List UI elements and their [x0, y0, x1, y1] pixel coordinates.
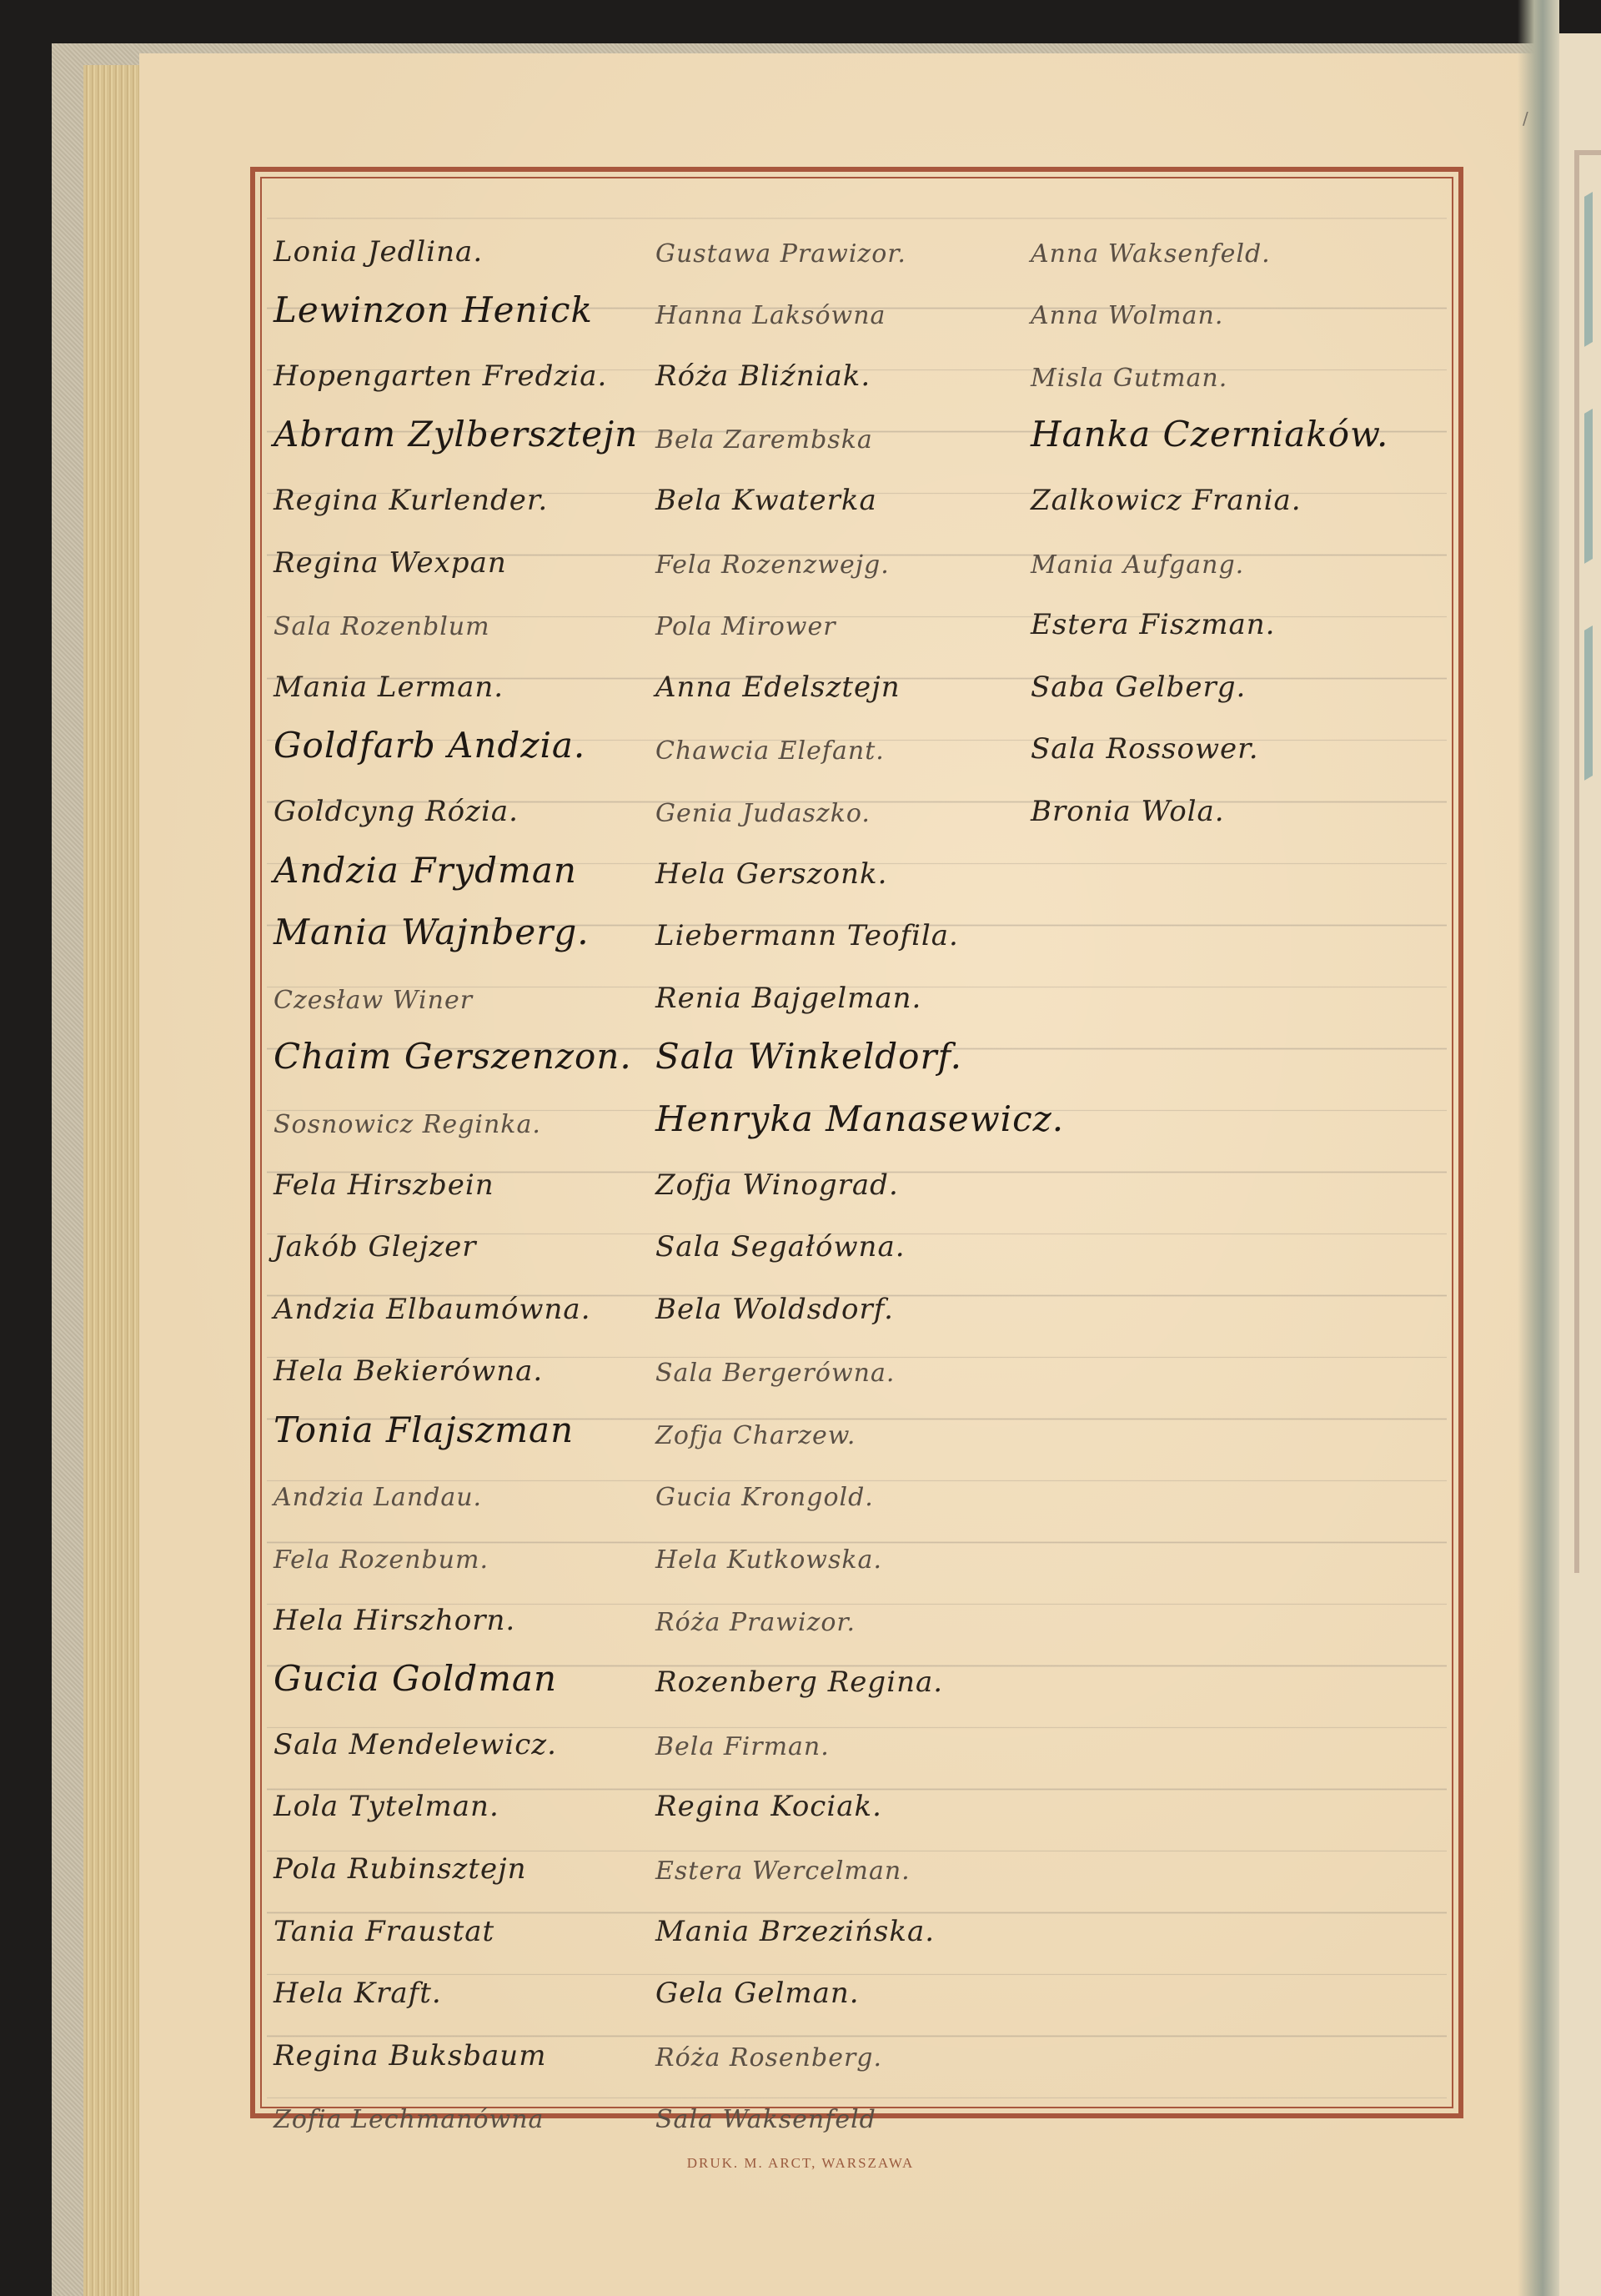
signature-entry: Hela Kraft.	[274, 1952, 657, 2014]
signature-entry: Jakób Glejzer	[274, 1205, 657, 1268]
signature-frame: Lonia Jedlina. Lewinzon Henick Hopengart…	[250, 167, 1463, 2118]
signature-entry: Bela Woldsdorf.	[655, 1267, 1047, 1329]
signature-entry: Renia Bajgelman.	[655, 956, 1047, 1018]
signature-entry: Zofja Winograd.	[655, 1143, 1047, 1205]
signature-entry: Fela Rozenbum.	[274, 1515, 657, 1578]
signature-entry: Róża Rosenberg.	[655, 2013, 1047, 2076]
signature-entry: Czesław Winer	[274, 956, 657, 1018]
signature-entry: Mania Lerman.	[274, 645, 657, 707]
signature-entry: Gustawa Prawizor.	[655, 209, 1047, 272]
signature-entry: Henryka Manasewicz.	[655, 1080, 1047, 1143]
signature-entry: Róża Prawizor.	[655, 1578, 1047, 1640]
signature-entry: Hela Hirszhorn.	[274, 1578, 657, 1640]
signature-entry: Goldcyng Rózia.	[274, 769, 657, 831]
signature-entry: Anna Waksenfeld.	[1031, 209, 1398, 272]
signature-entry: Róża Bliźniak.	[655, 334, 1047, 396]
adjacent-page	[1559, 33, 1601, 2296]
names-column-1: Lonia Jedlina. Lewinzon Henick Hopengart…	[274, 209, 657, 2138]
signature-entry: Chawcia Elefant.	[655, 707, 1047, 770]
signature-entry: Misla Gutman.	[1031, 334, 1398, 396]
signature-entry: Hela Bekierówna.	[274, 1329, 657, 1392]
signature-entry: Goldfarb Andzia.	[274, 707, 657, 770]
signature-entry: Pola Rubinsztejn	[274, 1826, 657, 1889]
signature-entry: Liebermann Teofila.	[655, 894, 1047, 957]
printer-imprint: DRUK. M. ARCT, WARSZAWA	[0, 2155, 1601, 2172]
ornament-icon	[1584, 397, 1601, 564]
signature-entry: Bela Zarembska	[655, 396, 1047, 459]
signature-entry: Hopengarten Fredzia.	[274, 334, 657, 396]
signature-entry: Anna Edelsztejn	[655, 645, 1047, 707]
signature-entry: Tania Fraustat	[274, 1889, 657, 1952]
signature-entry: Bela Kwaterka	[655, 458, 1047, 520]
ornament-icon	[1584, 180, 1601, 347]
signature-entry: Sala Mendelewicz.	[274, 1702, 657, 1765]
signature-entry: Zofia Lechmanówna	[274, 2076, 657, 2138]
names-column-3: Anna Waksenfeld. Anna Wolman. Misla Gutm…	[1031, 209, 1398, 831]
signature-entry: Hanka Czerniaków.	[1031, 396, 1398, 459]
signature-entry: Abram Zylbersztejn	[274, 396, 657, 459]
ornament-icon	[1584, 614, 1601, 781]
signature-entry: Mania Brzezińska.	[655, 1889, 1047, 1952]
signature-entry: Hela Gerszonk.	[655, 831, 1047, 894]
signature-entry: Regina Kurlender.	[274, 458, 657, 520]
names-column-2: Gustawa Prawizor. Hanna Laksówna Róża Bl…	[655, 209, 1047, 2138]
signature-entry: Lewinzon Henick	[274, 272, 657, 334]
signature-entry: Fela Rozenzwejg.	[655, 520, 1047, 583]
signature-entry: Gucia Goldman	[274, 1640, 657, 1703]
signature-entry: Rozenberg Regina.	[655, 1640, 1047, 1703]
signature-entry: Zofja Charzew.	[655, 1391, 1047, 1454]
signature-entry: Saba Gelberg.	[1031, 645, 1398, 707]
signature-entry: Fela Hirszbein	[274, 1143, 657, 1205]
signature-entry: Sala Bergerówna.	[655, 1329, 1047, 1392]
signature-entry: Bronia Wola.	[1031, 769, 1398, 831]
signature-entry: Sala Winkeldorf.	[655, 1018, 1047, 1081]
signature-entry: Hela Kutkowska.	[655, 1515, 1047, 1578]
signature-entry: Andzia Elbaumówna.	[274, 1267, 657, 1329]
signature-entry: Sosnowicz Reginka.	[274, 1080, 657, 1143]
signature-entry: Bela Firman.	[655, 1702, 1047, 1765]
signature-entry: Mania Wajnberg.	[274, 894, 657, 957]
signature-entry: Anna Wolman.	[1031, 272, 1398, 334]
signature-entry: Sala Rozenblum	[274, 583, 657, 646]
signature-entry: Sala Waksenfeld	[655, 2076, 1047, 2138]
signature-entry: Hanna Laksówna	[655, 272, 1047, 334]
signature-entry: Pola Mirower	[655, 583, 1047, 646]
pencil-mark: /	[1523, 108, 1528, 128]
book-gutter	[1518, 0, 1559, 2296]
signature-entry: Estera Wercelman.	[655, 1826, 1047, 1889]
signature-entry: Sala Segałówna.	[655, 1205, 1047, 1268]
signature-entry: Tonia Flajszman	[274, 1391, 657, 1454]
page-edges	[83, 65, 139, 2296]
signature-entry: Chaim Gerszenzon.	[274, 1018, 657, 1081]
signature-entry: Gela Gelman.	[655, 1952, 1047, 2014]
signature-entry: Regina Buksbaum	[274, 2013, 657, 2076]
signature-entry: Andzia Frydman	[274, 831, 657, 894]
signature-entry: Regina Kociak.	[655, 1765, 1047, 1827]
signature-entry: Estera Fiszman.	[1031, 583, 1398, 646]
signature-entry: Lonia Jedlina.	[274, 209, 657, 272]
signature-entry: Mania Aufgang.	[1031, 520, 1398, 583]
signature-entry: Sala Rossower.	[1031, 707, 1398, 770]
signature-entry: Zalkowicz Frania.	[1031, 458, 1398, 520]
signature-entry: Regina Wexpan	[274, 520, 657, 583]
signature-entry: Andzia Landau.	[274, 1454, 657, 1516]
signature-entry: Gucia Krongold.	[655, 1454, 1047, 1516]
signature-entry: Lola Tytelman.	[274, 1765, 657, 1827]
decorative-border-icon	[1574, 150, 1601, 1573]
signature-entry: Genia Judaszko.	[655, 769, 1047, 831]
